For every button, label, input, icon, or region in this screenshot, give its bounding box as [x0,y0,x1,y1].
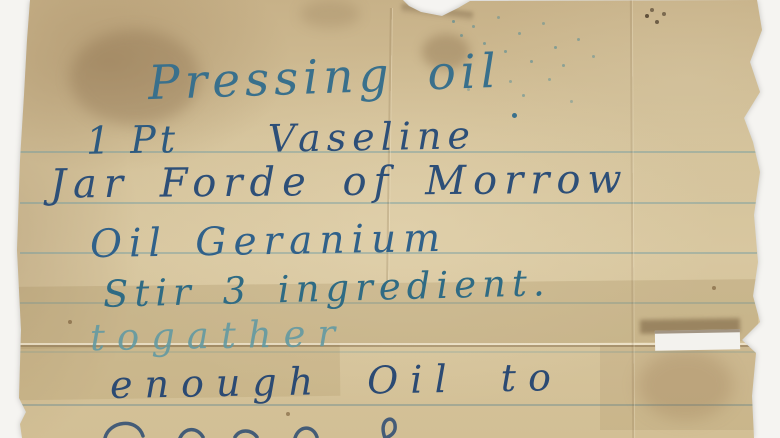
stain-smudge [638,350,733,420]
aged-paper: Pressing oil 1 Pt Vaseline Jar Forde of … [0,0,780,438]
photo-of-handwritten-recipe: Pressing oil 1 Pt Vaseline Jar Forde of … [0,0,780,438]
handwriting-line-oil-geranium: Oil Geranium [90,216,448,267]
handwriting-ingredient-vaseline: Vaseline [268,113,477,161]
handwriting-title: Pressing oil [147,44,502,111]
handwriting-line-togather: togather [90,312,348,359]
stain-speck [712,286,716,290]
ink-speckles [452,20,455,23]
torn-white-gap [655,329,740,350]
stain-speck [68,320,72,324]
handwriting-line-enough-oil: enough Oil to [110,355,564,407]
handwriting-line-jar: Jar Forde of Morrow [50,156,629,207]
ink-dot [512,113,517,118]
stain-smudge [300,0,360,28]
partial-handwriting-line [85,415,415,438]
handwriting-quantity: 1 Pt [86,117,180,163]
dark-specks [645,14,649,18]
paper-shadow-wrap: Pressing oil 1 Pt Vaseline Jar Forde of … [0,0,780,438]
torn-notch-shadow [401,4,474,23]
